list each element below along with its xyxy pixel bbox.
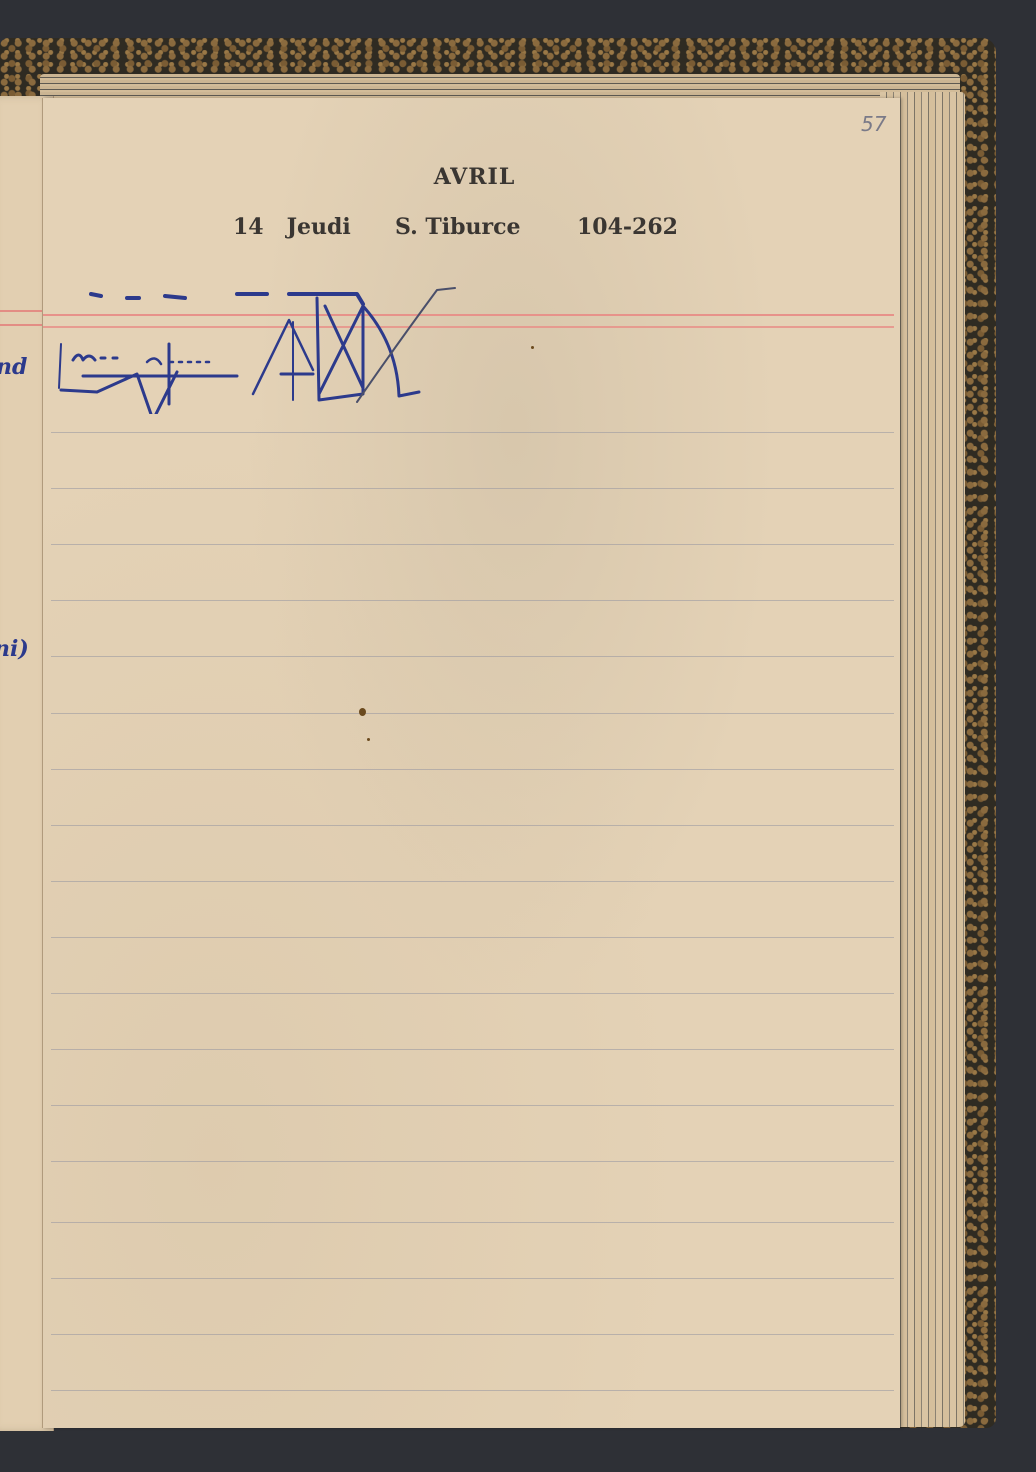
day-of-year: 104-262: [577, 214, 678, 240]
ruled-line: [51, 769, 894, 770]
left-red-line-2: [0, 324, 42, 326]
page-stack-top-edge: [40, 74, 960, 100]
ink-spot: [367, 738, 370, 741]
handwritten-entry: [57, 284, 457, 414]
ruled-line: [51, 1049, 894, 1050]
spacer: [271, 214, 279, 240]
saint-name: S. Tiburce: [395, 214, 521, 240]
left-page-fragment: nd: [0, 354, 27, 380]
ruled-line: [51, 1334, 894, 1335]
ruled-line: [51, 1161, 894, 1162]
left-page-fragment: ni): [0, 636, 29, 662]
ruled-line: [51, 937, 894, 938]
left-red-line-1: [0, 310, 42, 312]
ruled-line: [51, 825, 894, 826]
page-number: 57: [861, 112, 886, 136]
ruled-line: [51, 656, 894, 657]
ruled-line: [51, 488, 894, 489]
ink-spot: [531, 346, 534, 349]
ruled-line: [51, 600, 894, 601]
month-heading: AVRIL: [43, 164, 900, 190]
date-day: 14 Jeudi: [233, 214, 351, 240]
ruled-line: [51, 881, 894, 882]
diary-page: 57 AVRIL 14 Jeudi S. Tiburce 104-262: [42, 98, 900, 1428]
ruled-line: [51, 432, 894, 433]
ruled-line: [51, 1222, 894, 1223]
day-number: 14: [233, 214, 264, 240]
ruled-line: [51, 1390, 894, 1391]
weekday: Jeudi: [287, 214, 351, 240]
ruled-line: [51, 1278, 894, 1279]
ink-spot: [359, 708, 366, 716]
ruled-line: [51, 544, 894, 545]
ruled-line: [51, 713, 894, 714]
ruled-line: [51, 1105, 894, 1106]
ruled-line: [51, 993, 894, 994]
